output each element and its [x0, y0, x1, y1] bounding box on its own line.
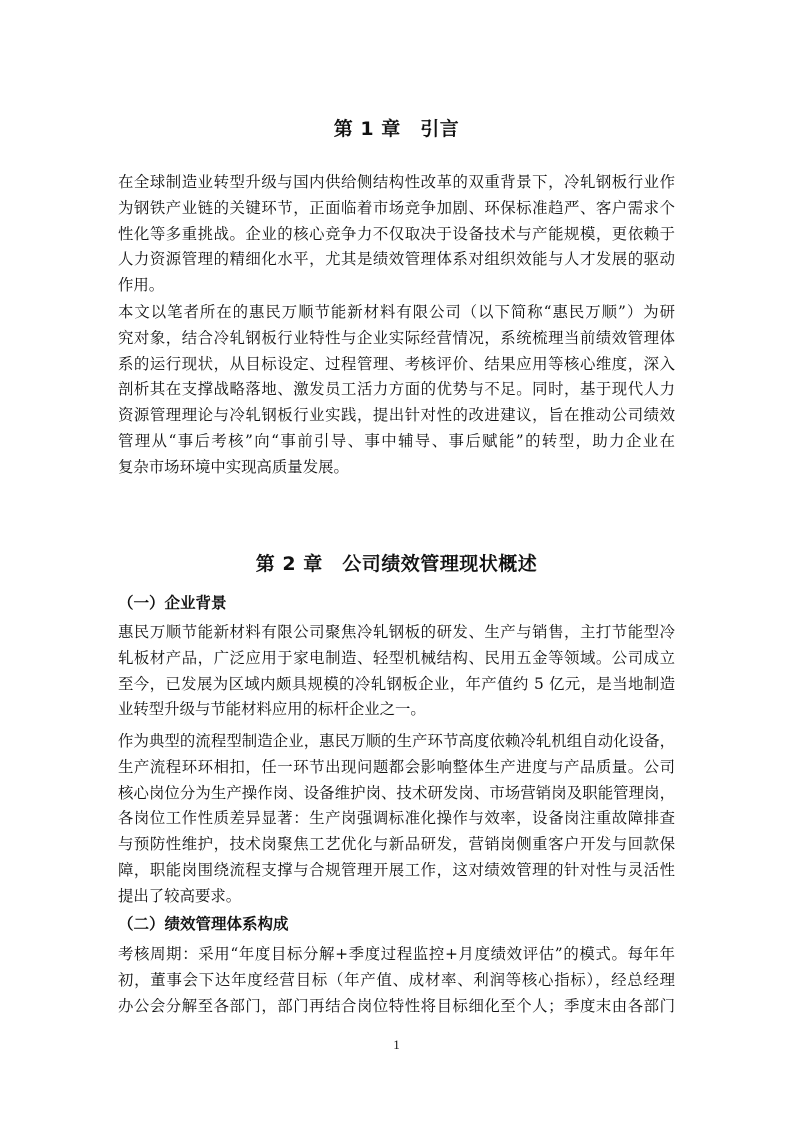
text-line: 剖析其在支撑战略落地、激发员工活力方面的优势与不足。同时，基于现代人力: [118, 377, 675, 403]
text-line: 至今，已发展为区域内颇具规模的冷轧钢板企业，年产值约 5 亿元，是当地制造: [118, 672, 675, 698]
text-line: 复杂市场环境中实现高质量发展。: [118, 455, 675, 481]
section-1-paragraph-1: 惠民万顺节能新材料有限公司聚焦冷轧钢板的研发、生产与销售，主打节能型冷 轧板材产…: [118, 620, 675, 723]
section-heading-performance-system: （二）绩效管理体系构成: [118, 912, 289, 934]
chapter-1-title: 第 1 章 引言: [118, 114, 675, 141]
text-line: 系的运行现状，从目标设定、过程管理、考核评价、结果应用等核心维度，深入: [118, 352, 675, 378]
chapter-2-title: 第 2 章 公司绩效管理现状概述: [118, 549, 675, 576]
text-line: 性化等多重挑战。企业的核心竞争力不仅取决于设备技术与产能规模，更依赖于: [118, 222, 675, 248]
text-line: 为钢铁产业链的关键环节，正面临着市场竞争加剧、环保标准趋严、客户需求个: [118, 196, 675, 222]
section-2-paragraph-1: 考核周期：采用“年度目标分解+季度过程监控+月度绩效评估”的模式。每年年 初，董…: [118, 942, 675, 1019]
text-line: 人力资源管理的精细化水平，尤其是绩效管理体系对组织效能与人才发展的驱动: [118, 247, 675, 273]
page-number: 1: [0, 1037, 793, 1053]
text-line: 作用。: [118, 273, 675, 299]
text-line: 轧板材产品，广泛应用于家电制造、轻型机械结构、民用五金等领域。公司成立: [118, 646, 675, 672]
text-line: 核心岗位分为生产操作岗、设备维护岗、技术研发岗、市场营销岗及职能管理岗，: [118, 781, 675, 807]
text-line: 管理从“事后考核”向“事前引导、事中辅导、事后赋能”的转型，助力企业在: [118, 429, 675, 455]
text-line: 资源管理理论与冷轧钢板行业实践，提出针对性的改进建议，旨在推动公司绩效: [118, 403, 675, 429]
text-line: 办公会分解至各部门，部门再结合岗位特性将目标细化至个人；季度末由各部门: [118, 994, 675, 1020]
chapter-1-paragraph-2: 本文以笔者所在的惠民万顺节能新材料有限公司（以下简称“惠民万顺”）为研 究对象，…: [118, 300, 675, 481]
text-line: 初，董事会下达年度经营目标（年产值、成材率、利润等核心指标），经总经理: [118, 968, 675, 994]
section-1-paragraph-2: 作为典型的流程型制造企业，惠民万顺的生产环节高度依赖冷轧机组自动化设备， 生产流…: [118, 729, 675, 910]
text-line: 惠民万顺节能新材料有限公司聚焦冷轧钢板的研发、生产与销售，主打节能型冷: [118, 620, 675, 646]
text-line: 障，职能岗围绕流程支撑与合规管理开展工作，这对绩效管理的针对性与灵活性: [118, 858, 675, 884]
text-line: 生产流程环环相扣，任一环节出现问题都会影响整体生产进度与产品质量。公司: [118, 755, 675, 781]
text-line: 本文以笔者所在的惠民万顺节能新材料有限公司（以下简称“惠民万顺”）为研: [118, 300, 675, 326]
text-line: 提出了较高要求。: [118, 884, 675, 910]
section-heading-company-background: （一）企业背景: [118, 591, 227, 613]
text-line: 究对象，结合冷轧钢板行业特性与企业实际经营情况，系统梳理当前绩效管理体: [118, 326, 675, 352]
chapter-1-paragraph-1: 在全球制造业转型升级与国内供给侧结构性改革的双重背景下，冷轧钢板行业作 为钢铁产…: [118, 170, 675, 299]
text-line: 在全球制造业转型升级与国内供给侧结构性改革的双重背景下，冷轧钢板行业作: [118, 170, 675, 196]
text-line: 与预防性维护，技术岗聚焦工艺优化与新品研发，营销岗侧重客户开发与回款保: [118, 832, 675, 858]
text-line: 作为典型的流程型制造企业，惠民万顺的生产环节高度依赖冷轧机组自动化设备，: [118, 729, 675, 755]
text-line: 考核周期：采用“年度目标分解+季度过程监控+月度绩效评估”的模式。每年年: [118, 942, 675, 968]
text-line: 各岗位工作性质差异显著：生产岗强调标准化操作与效率，设备岗注重故障排查: [118, 806, 675, 832]
text-line: 业转型升级与节能材料应用的标杆企业之一。: [118, 697, 675, 723]
